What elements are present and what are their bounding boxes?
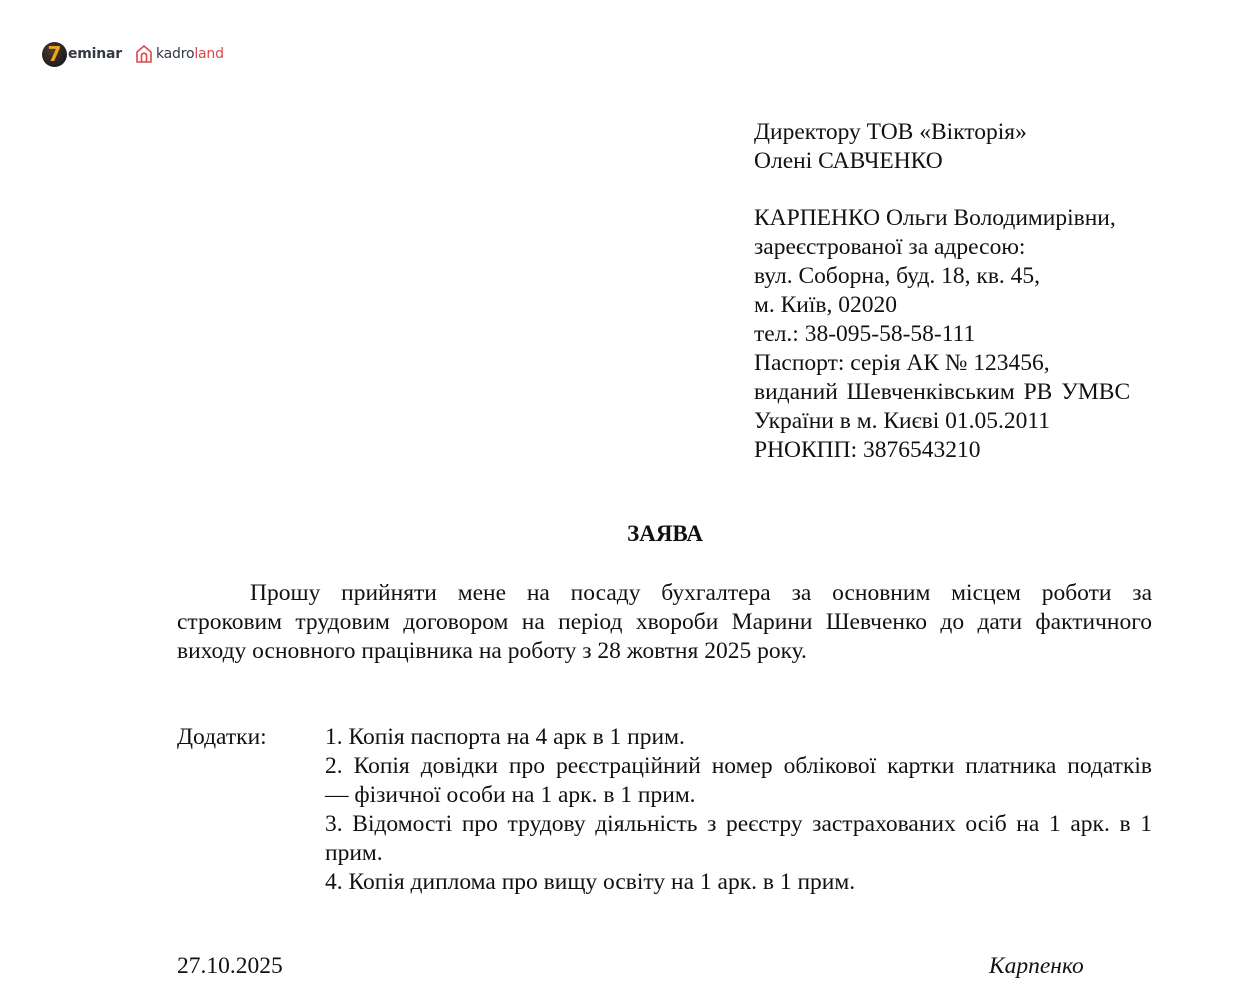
house-icon	[135, 44, 153, 64]
applicant-passport-issue-date: України в м. Києві 01.05.2011	[754, 407, 1130, 436]
applicant-passport: Паспорт: серія АК № 123456,	[754, 349, 1130, 378]
applicant-city: м. Київ, 02020	[754, 291, 1130, 320]
seminar-logo-icon: 7	[42, 42, 67, 67]
attachments-label: Додатки:	[177, 723, 267, 752]
document-title: ЗАЯВА	[0, 521, 1240, 547]
header-logos: 7 eminar kadroland	[42, 39, 224, 69]
applicant-signature: Карпенко	[989, 953, 1084, 980]
applicant-passport-issuer: виданий Шевченківським РВ УМВС	[754, 378, 1130, 407]
recipient-name: Олені САВЧЕНКО	[754, 147, 1130, 176]
addressee-block: Директору ТОВ «Вікторія» Олені САВЧЕНКО …	[754, 118, 1130, 465]
document-date: 27.10.2025	[177, 953, 283, 980]
attachment-item: 3. Відомості про трудову діяльність з ре…	[325, 810, 1152, 839]
applicant-tax-id: РНОКПП: 3876543210	[754, 436, 1130, 465]
attachment-item: 4. Копія диплома про вищу освіту на 1 ар…	[325, 868, 1152, 897]
kadroland-logo: kadroland	[135, 44, 224, 64]
applicant-address-label: зареєстрованої за адресою:	[754, 233, 1130, 262]
body-line: строковим трудовим договором на період х…	[177, 608, 1152, 637]
applicant-phone: тел.: 38-095-58-58-111	[754, 320, 1130, 349]
applicant-street: вул. Соборна, буд. 18, кв. 45,	[754, 262, 1130, 291]
body-line: Прошу прийняти мене на посаду бухгалтера…	[177, 579, 1152, 608]
attachment-item-continued: прим.	[325, 839, 1152, 868]
application-body: Прошу прийняти мене на посаду бухгалтера…	[177, 579, 1152, 666]
seminar-logo-text: eminar	[68, 46, 122, 62]
recipient-position: Директору ТОВ «Вікторія»	[754, 118, 1130, 147]
applicant-name: КАРПЕНКО Ольги Володимирівни,	[754, 204, 1130, 233]
attachment-item: 1. Копія паспорта на 4 арк в 1 прим.	[325, 723, 1152, 752]
seminar-logo: 7 eminar	[42, 42, 122, 67]
kadroland-logo-text: kadroland	[156, 46, 224, 62]
attachment-item: 2. Копія довідки про реєстраційний номер…	[325, 752, 1152, 781]
attachment-item-continued: — фізичної особи на 1 арк. в 1 прим.	[325, 781, 1152, 810]
body-line: виходу основного працівника на роботу з …	[177, 637, 1152, 666]
attachments-list: 1. Копія паспорта на 4 арк в 1 прим. 2. …	[325, 723, 1152, 897]
